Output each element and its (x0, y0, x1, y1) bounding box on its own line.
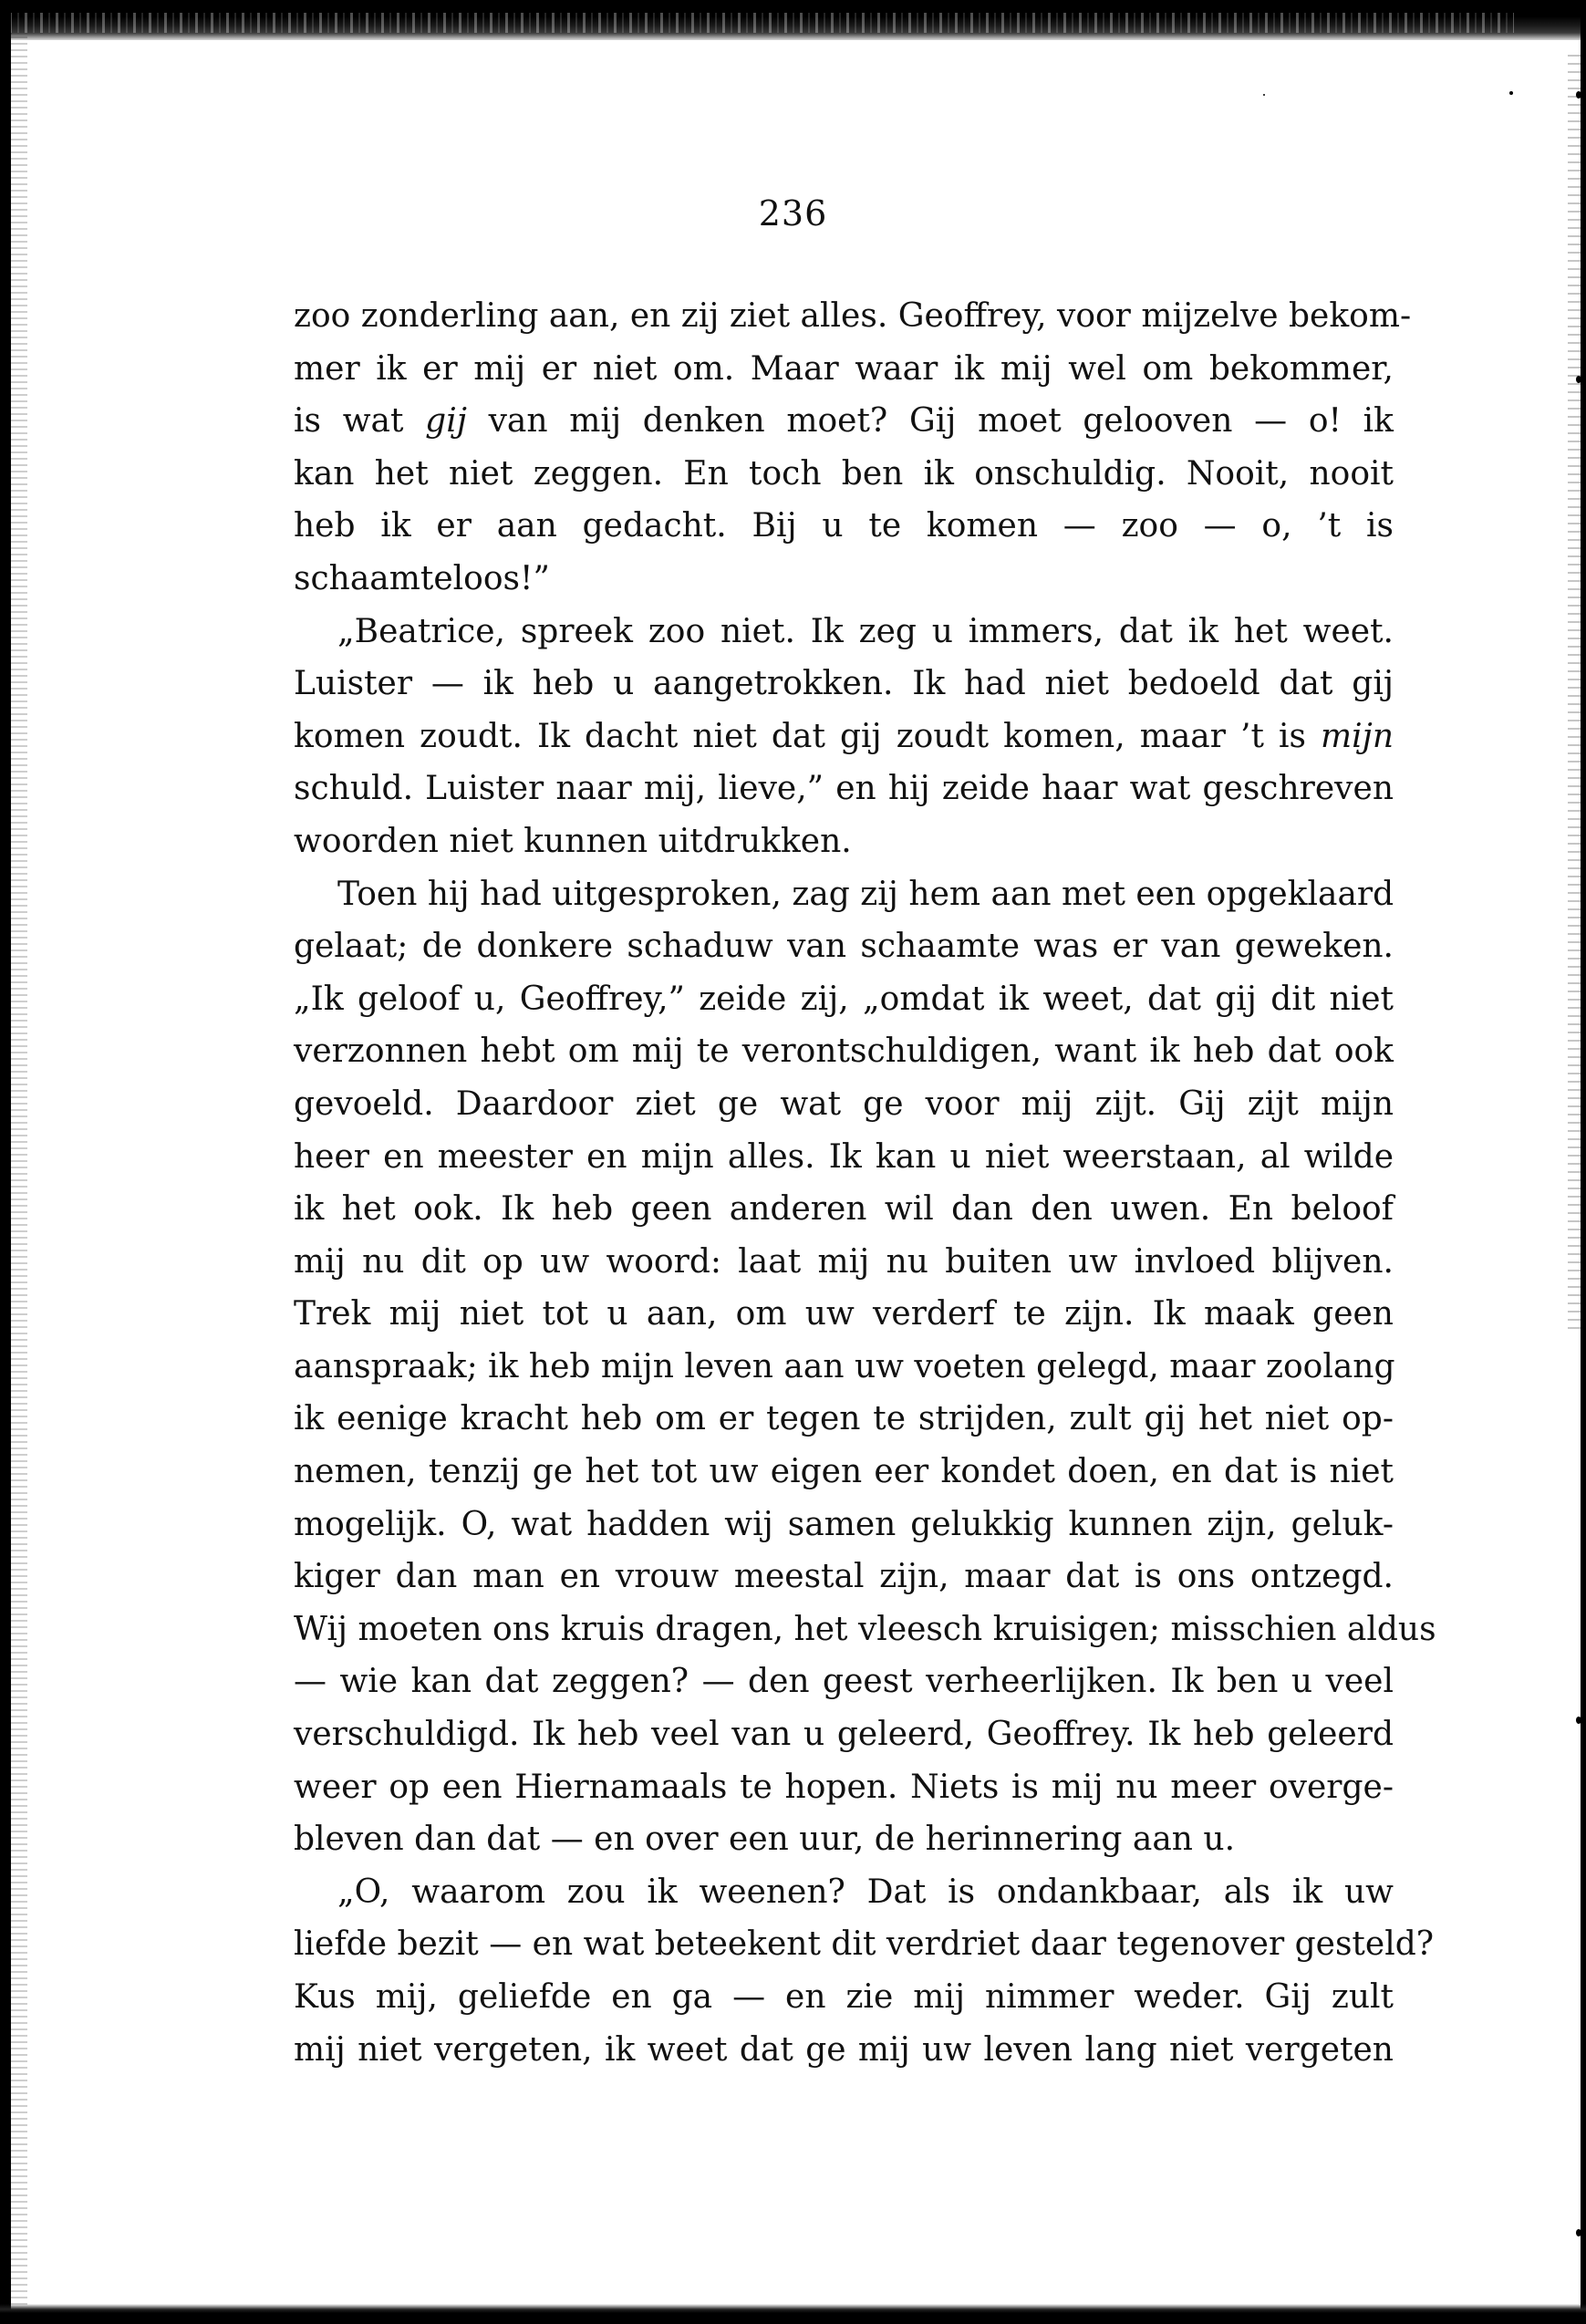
scan-speck (1576, 376, 1581, 383)
scan-speck (1509, 91, 1513, 95)
scan-noise-left (11, 36, 27, 2308)
text-line: verschuldigd. Ik heb veel van u geleerd,… (294, 1708, 1394, 1761)
text-line: bleven dan dat — en over een uur, de her… (294, 1813, 1394, 1866)
text-line: is wat gij van mij denken moet? Gij moet… (294, 395, 1394, 448)
text-line: verzonnen hebt om mij te verontschuldige… (294, 1025, 1394, 1078)
text-line: aanspraak; ik heb mijn leven aan uw voet… (294, 1341, 1394, 1394)
text-line: Toen hij had uitgesproken, zag zij hem a… (294, 868, 1394, 921)
text-line: „O, waarom zou ik weenen? Dat is ondankb… (294, 1866, 1394, 1919)
text-line: ik het ook. Ik heb geen anderen wil dan … (294, 1183, 1394, 1236)
text-line: gevoeld. Daardoor ziet ge wat ge voor mi… (294, 1078, 1394, 1131)
text-line: liefde bezit — en wat beteekent dit verd… (294, 1918, 1394, 1971)
text-line: schuld. Luister naar mij, lieve,” en hij… (294, 763, 1394, 815)
italic-emphasis: gij (425, 402, 467, 440)
text-line: — wie kan dat zeggen? — den geest verhee… (294, 1655, 1394, 1708)
text-line: komen zoudt. Ik dacht niet dat gij zoudt… (294, 711, 1394, 763)
text-line: schaamteloos!” (294, 553, 1394, 606)
text-line: kiger dan man en vrouw meestal zijn, maa… (294, 1551, 1394, 1603)
text-line: mer ik er mij er niet om. Maar waar ik m… (294, 343, 1394, 396)
italic-emphasis: mijn (1321, 718, 1394, 755)
text-line: heer en meester en mijn alles. Ik kan u … (294, 1131, 1394, 1184)
scan-speck (1576, 1717, 1581, 1724)
scan-speck (1576, 2229, 1581, 2236)
text-line: weer op een Hiernamaals te hopen. Niets … (294, 1761, 1394, 1814)
text-line: mogelijk. O, wat hadden wij samen gelukk… (294, 1499, 1394, 1551)
text-line: ik eenige kracht heb om er tegen te stri… (294, 1393, 1394, 1446)
text-line: „Ik geloof u, Geoffrey,” zeide zij, „omd… (294, 973, 1394, 1026)
text-run: komen zoudt. Ik dacht niet dat gij zoudt… (294, 718, 1321, 755)
text-line: Luister — ik heb u aangetrokken. Ik had … (294, 658, 1394, 711)
text-line: woorden niet kunnen uitdrukken. (294, 815, 1394, 868)
scan-speck (1576, 91, 1581, 99)
text-run: van mij denken moet? Gij moet gelooven —… (467, 402, 1394, 440)
text-line: kan het niet zeggen. En toch ben ik onsc… (294, 448, 1394, 501)
scan-noise-right (1568, 55, 1581, 1332)
text-line: zoo zonderling aan, en zij ziet alles. G… (294, 290, 1394, 343)
text-line: nemen, tenzij ge het tot uw eigen eer ko… (294, 1446, 1394, 1499)
text-line: „Beatrice, spreek zoo niet. Ik zeg u imm… (294, 606, 1394, 659)
text-line: mij nu dit op uw woord: laat mij nu buit… (294, 1236, 1394, 1289)
text-line: heb ik er aan gedacht. Bij u te komen — … (294, 500, 1394, 553)
scan-border-left (0, 0, 11, 2324)
page-number: 236 (0, 193, 1586, 233)
text-line: Trek mij niet tot u aan, om uw verderf t… (294, 1288, 1394, 1341)
scan-noise-top (9, 13, 1514, 33)
text-line: Wij moeten ons kruis dragen, het vleesch… (294, 1603, 1394, 1656)
text-run: is wat (294, 402, 425, 440)
scan-speck (1263, 94, 1265, 96)
scan-border-bottom (0, 2304, 1586, 2324)
text-line: gelaat; de donkere schaduw van schaamte … (294, 920, 1394, 973)
text-line: Kus mij, geliefde en ga — en zie mij nim… (294, 1971, 1394, 2024)
scan-border-right (1581, 0, 1586, 2324)
page-body-text: zoo zonderling aan, en zij ziet alles. G… (294, 290, 1394, 2076)
text-line: mij niet vergeten, ik weet dat ge mij uw… (294, 2024, 1394, 2077)
